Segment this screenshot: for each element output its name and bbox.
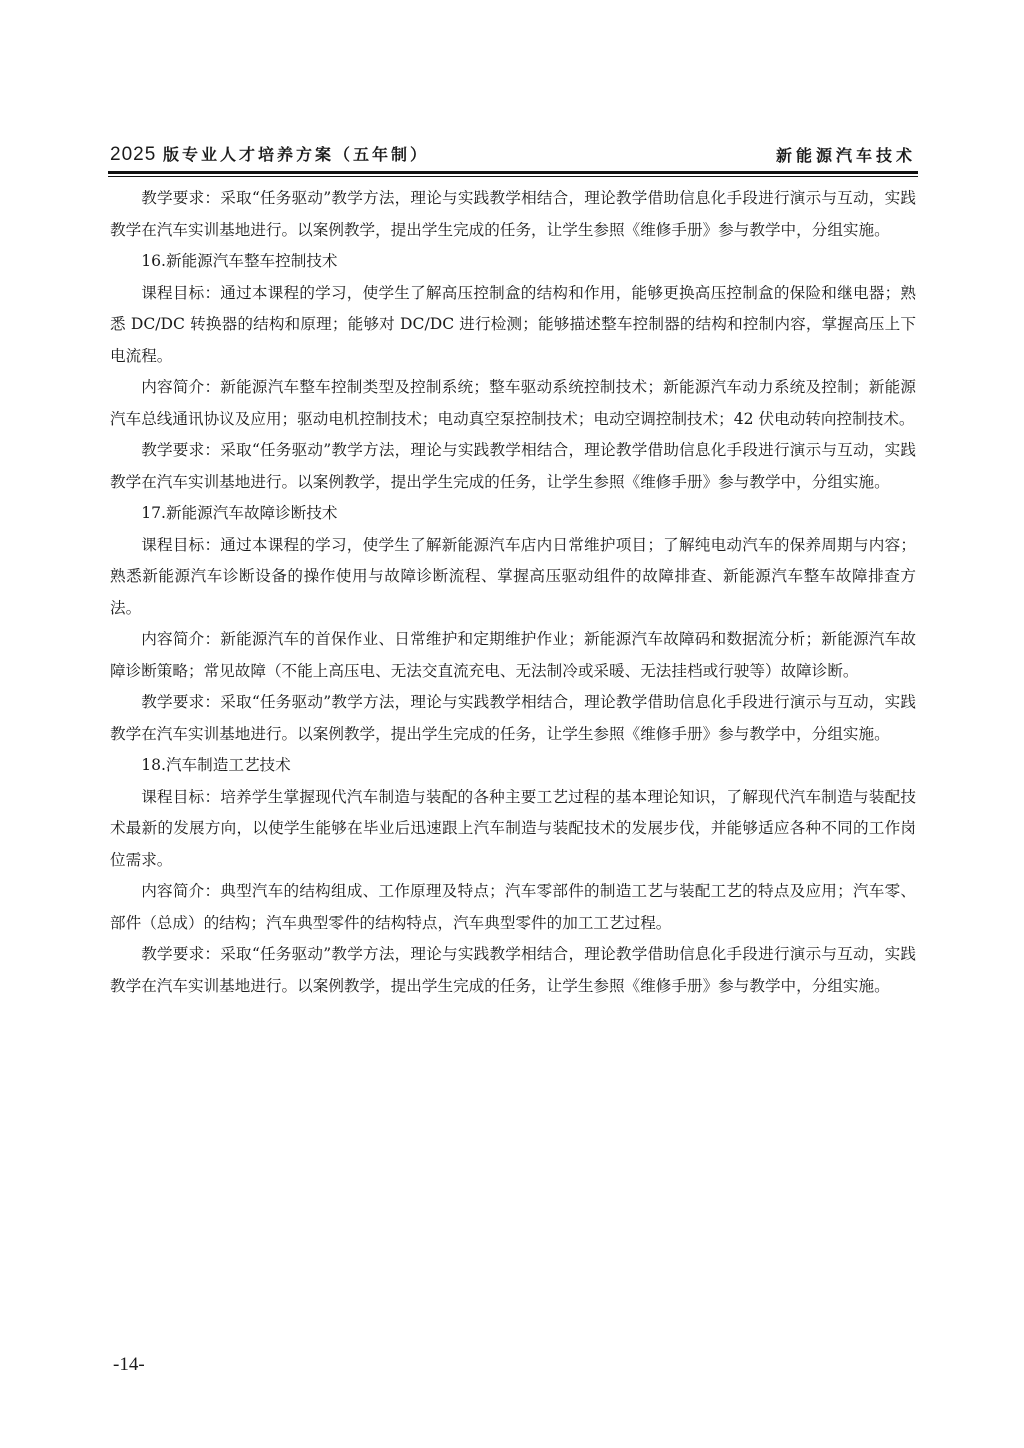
header-rule-thick — [108, 171, 918, 174]
header-title-text: 版专业人才培养方案（五年制） — [163, 145, 429, 164]
running-header: 2025 版专业人才培养方案（五年制） 新能源汽车技术 — [110, 142, 916, 166]
header-rule-thin — [108, 176, 918, 177]
course-heading: 16.新能源汽车整车控制技术 — [110, 246, 916, 278]
paragraph-teaching-requirement: 教学要求：采取“任务驱动”教学方法，理论与实践教学相结合，理论教学借助信息化手段… — [110, 183, 916, 246]
paragraph-content-intro: 内容简介：新能源汽车的首保作业、日常维护和定期维护作业；新能源汽车故障码和数据流… — [110, 624, 916, 687]
paragraph-teaching-requirement: 教学要求：采取“任务驱动”教学方法，理论与实践教学相结合，理论教学借助信息化手段… — [110, 435, 916, 498]
header-document-title: 2025 版专业人才培养方案（五年制） — [110, 142, 429, 166]
paragraph-teaching-requirement: 教学要求：采取“任务驱动”教学方法，理论与实践教学相结合，理论教学借助信息化手段… — [110, 687, 916, 750]
course-heading: 18.汽车制造工艺技术 — [110, 750, 916, 782]
paragraph-course-goal: 课程目标：培养学生掌握现代汽车制造与装配的各种主要工艺过程的基本理论知识，了解现… — [110, 782, 916, 877]
paragraph-content-intro: 内容简介：新能源汽车整车控制类型及控制系统；整车驱动系统控制技术；新能源汽车动力… — [110, 372, 916, 435]
paragraph-content-intro: 内容简介：典型汽车的结构组成、工作原理及特点；汽车零部件的制造工艺与装配工艺的特… — [110, 876, 916, 939]
page-number: -14- — [113, 1354, 145, 1376]
paragraph-course-goal: 课程目标：通过本课程的学习，使学生了解高压控制盒的结构和作用，能够更换高压控制盒… — [110, 278, 916, 373]
course-heading: 17.新能源汽车故障诊断技术 — [110, 498, 916, 530]
paragraph-course-goal: 课程目标：通过本课程的学习，使学生了解新能源汽车店内日常维护项目；了解纯电动汽车… — [110, 530, 916, 625]
page-body: 教学要求：采取“任务驱动”教学方法，理论与实践教学相结合，理论教学借助信息化手段… — [110, 183, 916, 1002]
header-year: 2025 — [110, 144, 156, 165]
header-program-name: 新能源汽车技术 — [776, 143, 916, 166]
paragraph-teaching-requirement: 教学要求：采取“任务驱动”教学方法，理论与实践教学相结合，理论教学借助信息化手段… — [110, 939, 916, 1002]
